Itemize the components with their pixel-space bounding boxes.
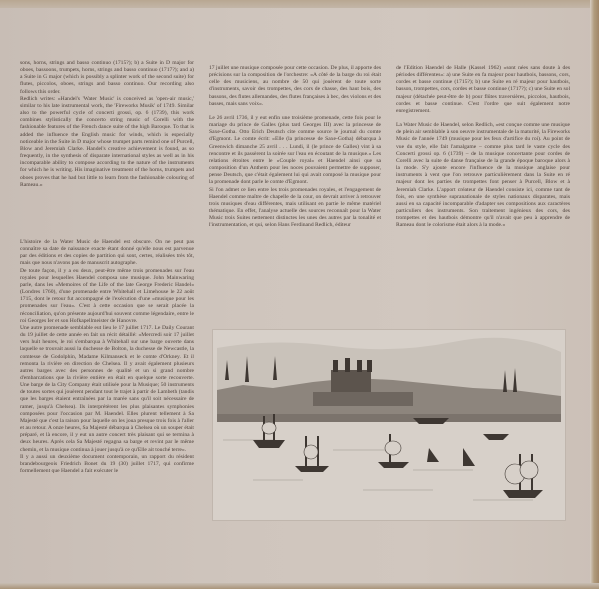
french-paragraph: Si l'on admet ce lien entre les trois pr… [209,187,381,230]
english-notes-column: sons, horns, strings and basso continuo … [20,60,194,189]
french-notes-column-2: 17 juillet une musique composée pour cet… [209,65,381,229]
harbour-engraving-icon [213,330,565,520]
sleeve-top-edge [0,0,599,8]
english-paragraph: sons, horns, strings and basso continuo … [20,60,194,96]
liner-notes-page: sons, horns, strings and basso continuo … [0,0,599,589]
sleeve-right-edge [590,0,599,589]
engraving-illustration [212,329,566,521]
french-paragraph: de l'Edition Haendel de Halle (Kassel 19… [396,65,570,115]
french-notes-column-1: L'histoire de la Water Music de Haendel … [20,239,194,475]
french-paragraph: L'histoire de la Water Music de Haendel … [20,239,194,268]
french-notes-column-3: de l'Edition Haendel de Halle (Kassel 19… [396,65,570,229]
french-paragraph: De toute façon, il y a eu deux, peut-êtr… [20,268,194,325]
french-paragraph: La Water Music de Haendel, selon Redlich… [396,122,570,229]
french-paragraph: Le 26 avril 1736, il y eut enfin une tro… [209,115,381,187]
english-paragraph: Redlich writes: »Handel's 'Water Music' … [20,96,194,189]
sleeve-bottom-edge [0,583,599,589]
french-paragraph: Il y a aussi un deuxième document contem… [20,454,194,475]
french-paragraph: 17 juillet une musique composée pour cet… [209,65,381,108]
french-paragraph: Une autre promenade semblable eut lieu l… [20,325,194,454]
